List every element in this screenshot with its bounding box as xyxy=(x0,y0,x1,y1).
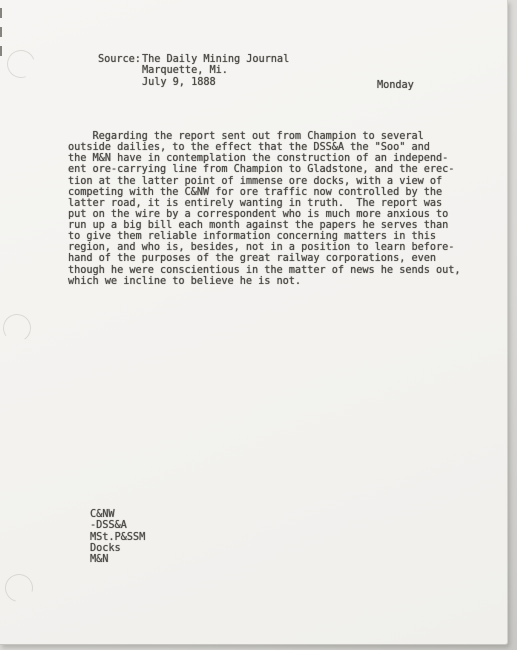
punch-hole-icon xyxy=(1,312,33,344)
index-term: M&N xyxy=(90,554,145,565)
paragraph-line: Regarding the report sent out from Champ… xyxy=(68,131,461,142)
index-term-list: C&NW-DSS&AMSt.P&SSMDocksM&N xyxy=(90,509,145,565)
source-label: Source: xyxy=(98,54,141,65)
scan-edge-artifact xyxy=(0,8,2,18)
paragraph-line: outside dailies, to the effect that the … xyxy=(68,142,461,153)
paragraph-line: hand of the purposes of the great railwa… xyxy=(68,253,461,264)
paragraph-line: the M&N have in contemplation the constr… xyxy=(68,153,461,164)
punch-hole-icon xyxy=(0,569,38,607)
article-paragraph: Regarding the report sent out from Champ… xyxy=(68,131,461,287)
scan-edge-artifact xyxy=(0,27,2,37)
paragraph-line: put on the wire by a correspondent who i… xyxy=(68,209,461,220)
paragraph-line: which we incline to believe he is not. xyxy=(68,276,461,287)
paragraph-line: tion at the latter point of immense ore … xyxy=(68,176,461,187)
document-scan: Source: The Daily Mining JournalMarquett… xyxy=(0,0,517,650)
paragraph-line: ent ore-carrying line from Champion to G… xyxy=(68,164,461,175)
paragraph-line: competing with the C&NW for ore traffic … xyxy=(68,187,461,198)
paragraph-line: though he were conscientious in the matt… xyxy=(68,265,461,276)
document-page: Source: The Daily Mining JournalMarquett… xyxy=(0,0,508,645)
source-details: The Daily Mining JournalMarquette, Mi.Ju… xyxy=(142,54,289,88)
weekday-label: Monday xyxy=(377,80,414,91)
source-line: The Daily Mining Journal xyxy=(142,54,289,65)
index-term: Docks xyxy=(90,543,145,554)
source-line: July 9, 1888 xyxy=(142,77,289,88)
index-term: C&NW xyxy=(90,509,145,520)
paragraph-line: latter road, it is entirely wanting in t… xyxy=(68,198,461,209)
paragraph-line: region, and who is, besides, not in a po… xyxy=(68,242,461,253)
index-term: MSt.P&SSM xyxy=(90,532,145,543)
punch-hole-icon xyxy=(2,45,39,82)
index-term: -DSS&A xyxy=(90,520,145,531)
source-line: Marquette, Mi. xyxy=(142,65,289,76)
paragraph-line: run up a big bill each month against the… xyxy=(68,220,461,231)
paragraph-line: to give them reliable information concer… xyxy=(68,231,461,242)
scan-edge-artifact xyxy=(0,46,2,56)
